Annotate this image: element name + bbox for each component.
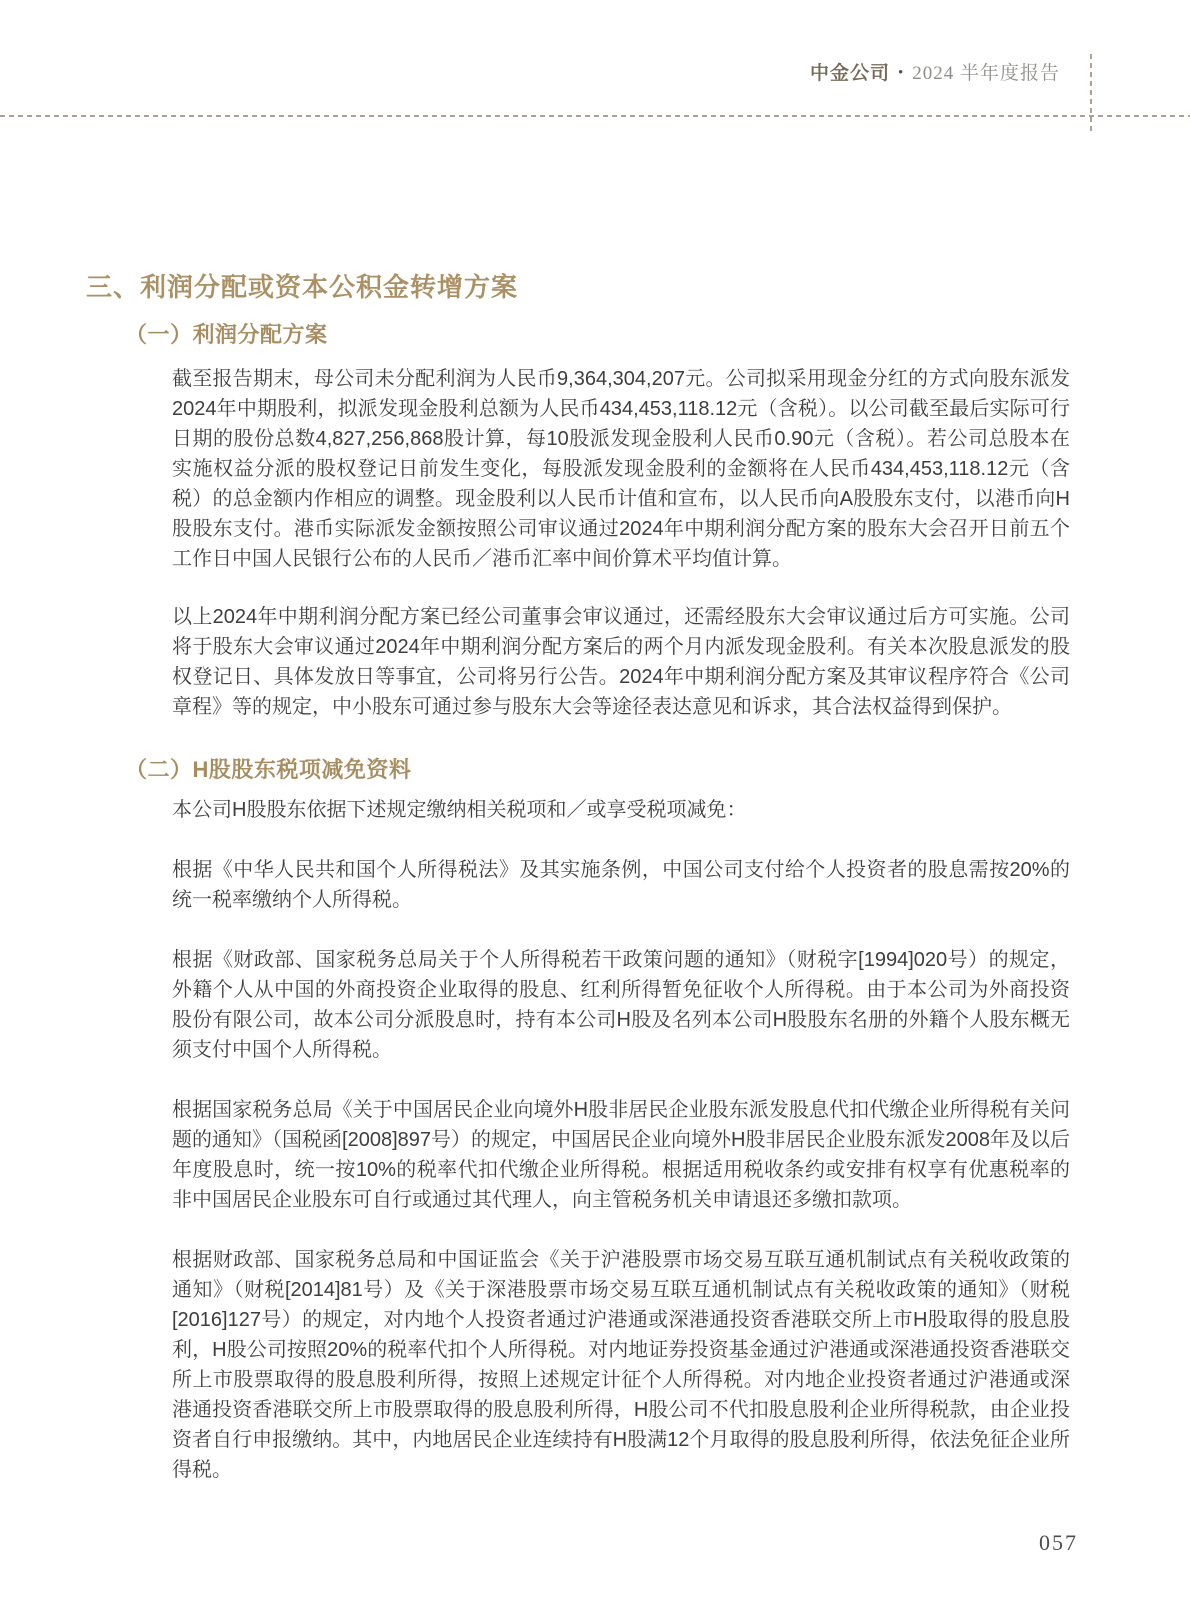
body-paragraph: 以上2024年中期利润分配方案已经公司董事会审议通过，还需经股东大会审议通过后方… <box>172 602 1070 722</box>
section-title: 三、利润分配或资本公积金转增方案 <box>86 270 1070 304</box>
body-paragraph: 根据《财政部、国家税务总局关于个人所得税若干政策问题的通知》（财税字[1994]… <box>172 945 1070 1065</box>
header-vertical-dashed-rule <box>1090 54 1092 134</box>
page-header: 中金公司•2024 半年度报告 <box>810 60 1060 87</box>
bullet-separator-icon: • <box>898 65 904 81</box>
body-paragraph: 根据国家税务总局《关于中国居民企业向境外H股非居民企业股东派发股息代扣代缴企业所… <box>172 1095 1070 1215</box>
subsection-2-title: （二）H股股东税项减免资料 <box>125 755 1070 785</box>
report-title: 2024 半年度报告 <box>912 63 1060 84</box>
report-page: 中金公司•2024 半年度报告 三、利润分配或资本公积金转增方案 （一）利润分配… <box>0 0 1190 1615</box>
body-paragraph: 根据财政部、国家税务总局和中国证监会《关于沪港股票市场交易互联互通机制试点有关税… <box>172 1245 1070 1485</box>
body-paragraph: 截至报告期末，母公司未分配利润为人民币9,364,304,207元。公司拟采用现… <box>172 364 1070 574</box>
header-horizontal-dashed-rule <box>0 115 1190 117</box>
body-paragraph: 本公司H股股东依据下述规定缴纳相关税项和／或享受税项减免： <box>172 795 1070 825</box>
body-paragraph: 根据《中华人民共和国个人所得税法》及其实施条例，中国公司支付给个人投资者的股息需… <box>172 855 1070 915</box>
main-content: 三、利润分配或资本公积金转增方案 （一）利润分配方案 截至报告期末，母公司未分配… <box>86 270 1070 1485</box>
page-number: 057 <box>1039 1530 1078 1556</box>
subsection-profit-distribution: （一）利润分配方案 截至报告期末，母公司未分配利润为人民币9,364,304,2… <box>86 320 1070 722</box>
company-name: 中金公司 <box>810 63 890 84</box>
subsection-1-title: （一）利润分配方案 <box>125 320 1070 350</box>
subsection-h-share-tax: （二）H股股东税项减免资料 本公司H股股东依据下述规定缴纳相关税项和／或享受税项… <box>86 755 1070 1485</box>
